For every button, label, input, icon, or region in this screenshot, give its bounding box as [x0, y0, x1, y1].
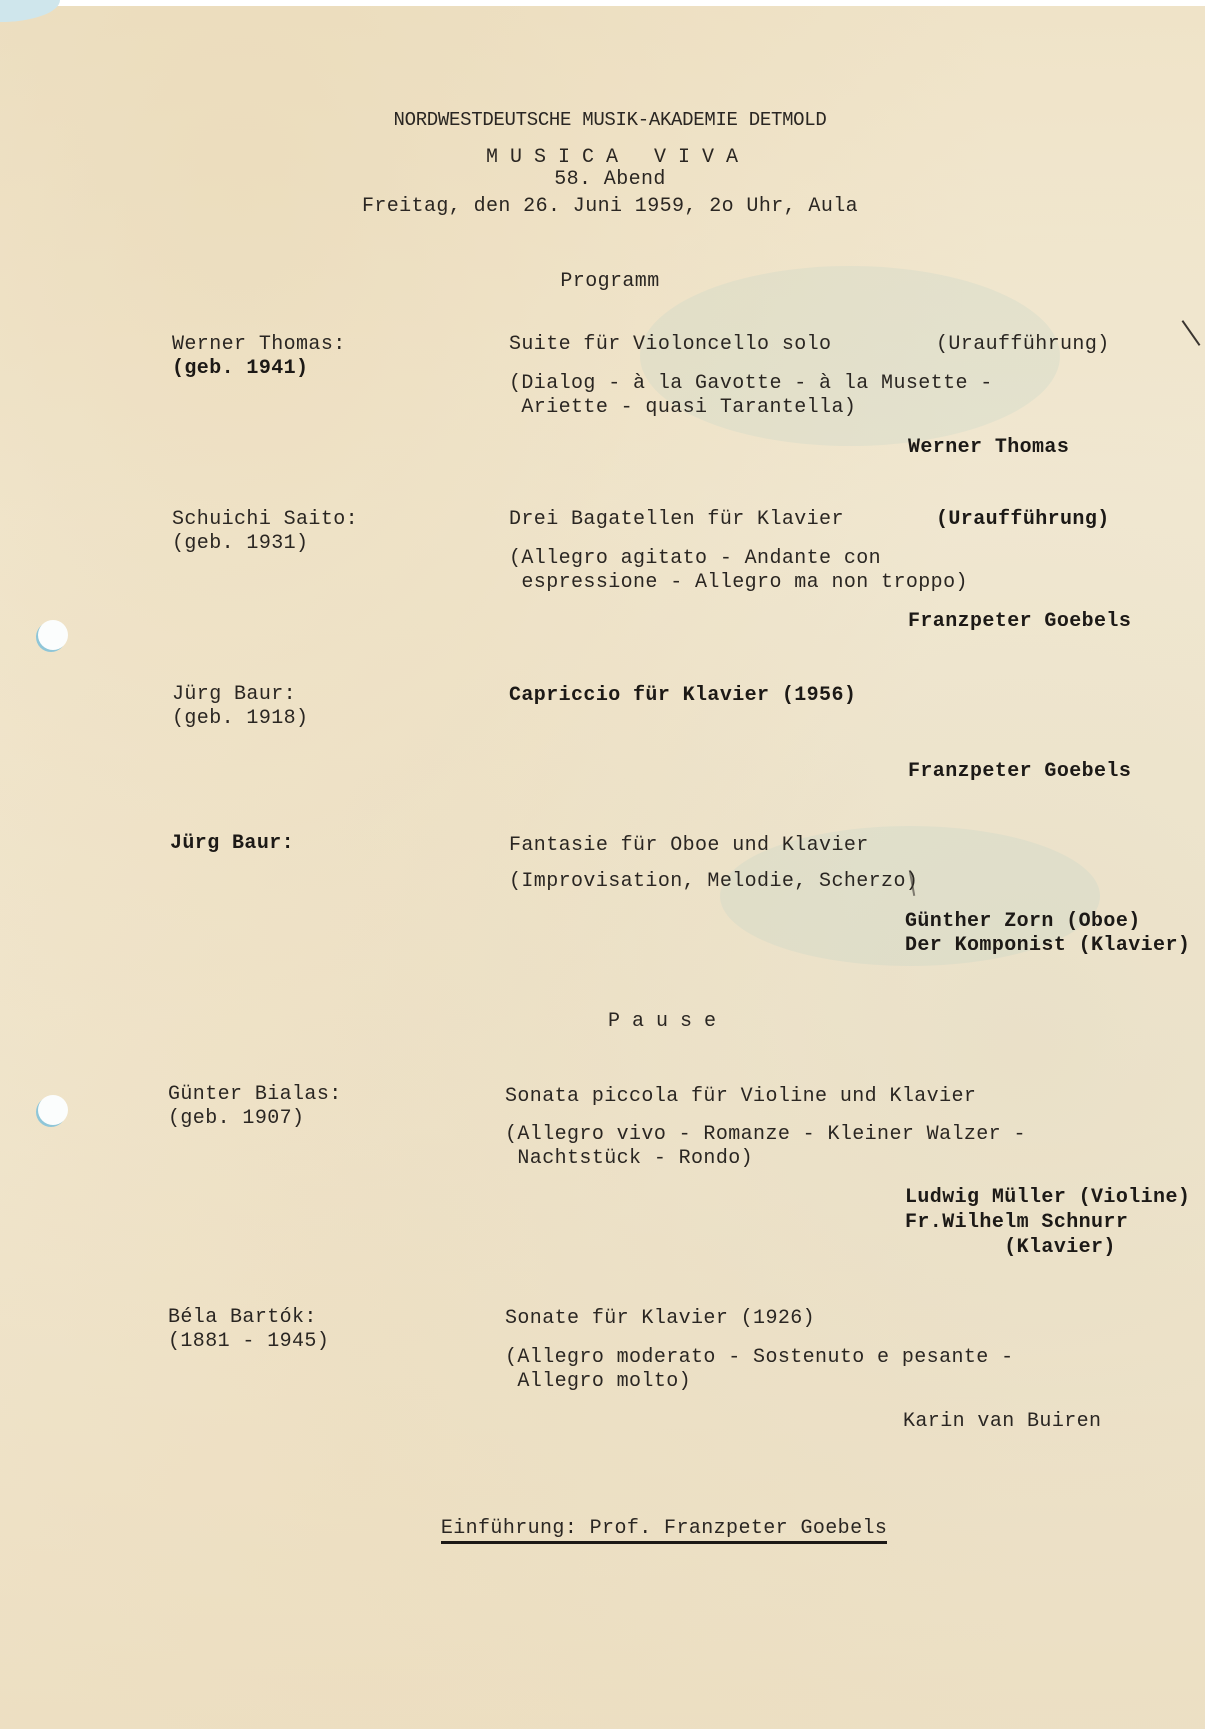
composer-dates: (geb. 1907) [168, 1107, 304, 1131]
movements-line: Ariette - quasi Tarantella) [509, 396, 856, 420]
performer: Franzpeter Goebels [908, 760, 1131, 784]
movements-line: (Allegro vivo - Romanze - Kleiner Walzer… [505, 1123, 1026, 1147]
composer-dates: (geb. 1918) [172, 707, 308, 731]
paper-sheet [0, 6, 1205, 1729]
composer-dates: (geb. 1931) [172, 532, 308, 556]
program-heading: Programm [0, 270, 1220, 294]
composer-dates: (1881 - 1945) [168, 1330, 329, 1354]
piece-title: Suite für Violoncello solo [509, 333, 831, 357]
performer: Günther Zorn (Oboe) [905, 910, 1141, 934]
evening-number: 58. Abend [0, 168, 1220, 192]
introduction-text: Einführung: Prof. Franzpeter Goebels [441, 1517, 887, 1544]
performer: (Klavier) [905, 1236, 1116, 1260]
performer: Karin van Buiren [903, 1410, 1101, 1434]
movements-line: (Dialog - à la Gavotte - à la Musette - [509, 372, 993, 396]
premiere-note: (Uraufführung) [936, 333, 1110, 357]
performer: Der Komponist (Klavier) [905, 934, 1190, 958]
movements-line: Allegro molto) [505, 1370, 691, 1394]
performer: Franzpeter Goebels [908, 610, 1131, 634]
series-title: MUSICA VIVA [8, 146, 1220, 170]
punch-hole-icon [38, 620, 68, 650]
composer-name: Béla Bartók: [168, 1306, 317, 1330]
composer-name: Günter Bialas: [168, 1083, 342, 1107]
date-line: Freitag, den 26. Juni 1959, 2o Uhr, Aula [0, 195, 1220, 219]
intermission-label: Pause [608, 1010, 728, 1034]
composer-dates: (geb. 1941) [172, 357, 308, 381]
piece-title: Capriccio für Klavier (1956) [509, 684, 856, 708]
movements-line: (Allegro agitato - Andante con [509, 547, 881, 571]
piece-title: Sonate für Klavier (1926) [505, 1307, 815, 1331]
performer: Werner Thomas [908, 436, 1069, 460]
institution-name: NORDWESTDEUTSCHE MUSIK-AKADEMIE DETMOLD [0, 108, 1220, 132]
movements-line: Nachtstück - Rondo) [505, 1147, 753, 1171]
composer-name: Jürg Baur: [172, 683, 296, 707]
introduction-credit: Einführung: Prof. Franzpeter Goebels [416, 1493, 887, 1541]
premiere-note: (Uraufführung) [936, 508, 1110, 532]
movements-line: espressione - Allegro ma non troppo) [509, 571, 968, 595]
performer: Fr.Wilhelm Schnurr [905, 1211, 1128, 1235]
composer-name: Jürg Baur: [170, 832, 294, 856]
composer-name: Werner Thomas: [172, 333, 346, 357]
performer: Ludwig Müller (Violine) [905, 1186, 1190, 1210]
movements-line: (Improvisation, Melodie, Scherzo) [509, 870, 918, 894]
punch-hole-icon [38, 1095, 68, 1125]
composer-name: Schuichi Saito: [172, 508, 358, 532]
movements-line: (Allegro moderato - Sostenuto e pesante … [505, 1346, 1013, 1370]
piece-title: Fantasie für Oboe und Klavier [509, 834, 869, 858]
piece-title: Sonata piccola für Violine und Klavier [505, 1085, 976, 1109]
piece-title: Drei Bagatellen für Klavier [509, 508, 844, 532]
